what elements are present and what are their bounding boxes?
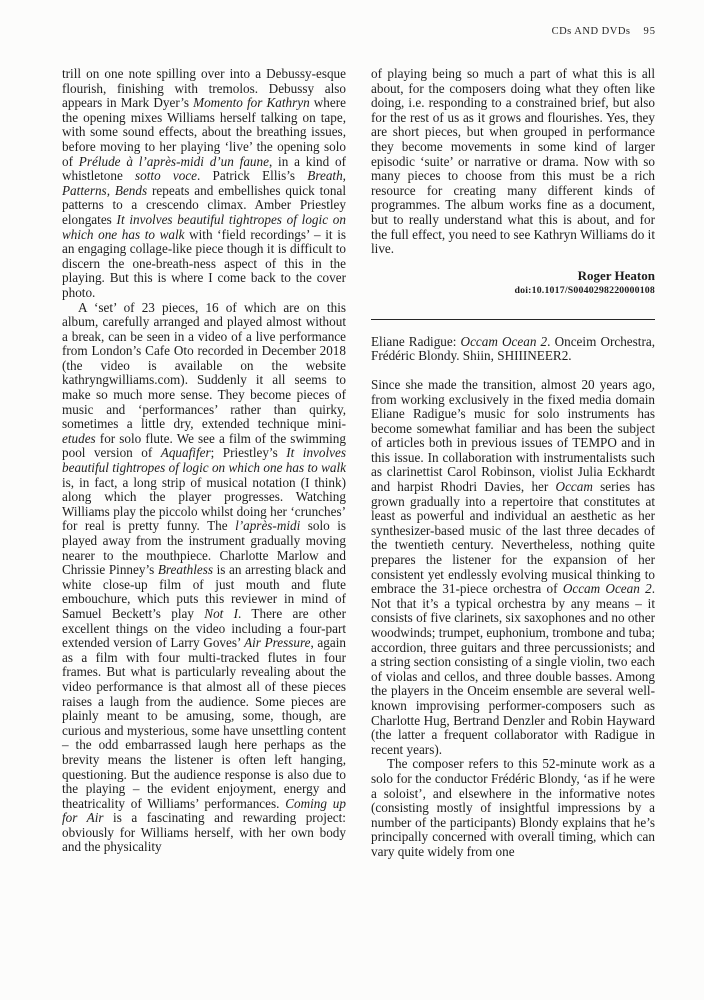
body-paragraph: The composer refers to this 52-minute wo…: [371, 757, 655, 859]
italic-text-run: Momento for Kathryn: [193, 95, 310, 110]
italic-text-run: Not I: [204, 606, 238, 621]
text-run: Roger Heaton: [578, 268, 655, 283]
running-head: CDs AND DVDs95: [62, 26, 656, 37]
text-run: Since she made the transition, almost 20…: [371, 377, 655, 494]
column-left: trill on one note spilling over into a D…: [62, 67, 346, 860]
text-run: of playing being so much a part of what …: [371, 66, 655, 256]
italic-text-run: Breathless: [158, 562, 213, 577]
text-run: is a fascinating and rewarding project: …: [62, 810, 346, 854]
doi-line: doi:10.1017/S0040298220000108: [371, 285, 655, 297]
page-number: 95: [644, 26, 657, 37]
italic-text-run: Occam Ocean 2: [461, 334, 548, 349]
body-paragraph: A ‘set’ of 23 pieces, 16 of which are on…: [62, 301, 346, 856]
text-run: . Patrick Ellis’s: [197, 168, 307, 183]
body-paragraph: of playing being so much a part of what …: [371, 67, 655, 257]
italic-text-run: etudes: [62, 431, 96, 446]
text-run: , again as a film with four multi-tracke…: [62, 635, 346, 811]
italic-text-run: sotto voce: [135, 168, 197, 183]
text-run: The composer refers to this 52-minute wo…: [371, 756, 655, 859]
body-paragraph: trill on one note spilling over into a D…: [62, 67, 346, 301]
body-paragraph: Since she made the transition, almost 20…: [371, 378, 655, 757]
text-run: A ‘set’ of 23 pieces, 16 of which are on…: [62, 300, 346, 432]
text-run: . Not that it’s a typical orchestra by a…: [371, 581, 655, 757]
italic-text-run: Occam Ocean 2: [563, 581, 652, 596]
text-run: doi:10.1017/S0040298220000108: [514, 285, 655, 296]
album-review-heading: Eliane Radigue: Occam Ocean 2. Onceim Or…: [371, 335, 655, 364]
column-right: of playing being so much a part of what …: [371, 67, 655, 860]
italic-text-run: Air Pressure: [244, 635, 310, 650]
text-run: series has grown gradually into a repert…: [371, 479, 655, 596]
text-run: ; Priestley’s: [211, 445, 287, 460]
section-title: CDs AND DVDs: [552, 26, 631, 37]
section-divider-rule: [371, 319, 655, 320]
italic-text-run: Aquafifer: [161, 445, 211, 460]
text-columns: trill on one note spilling over into a D…: [62, 67, 655, 860]
reviewer-signature: Roger Heaton: [371, 269, 655, 283]
italic-text-run: l’après-midi: [235, 518, 300, 533]
italic-text-run: Prélude à l’après-midi d’un faune: [79, 154, 269, 169]
italic-text-run: Occam: [556, 479, 593, 494]
journal-page: CDs AND DVDs95 trill on one note spillin…: [0, 0, 704, 1000]
text-run: Eliane Radigue:: [371, 334, 461, 349]
